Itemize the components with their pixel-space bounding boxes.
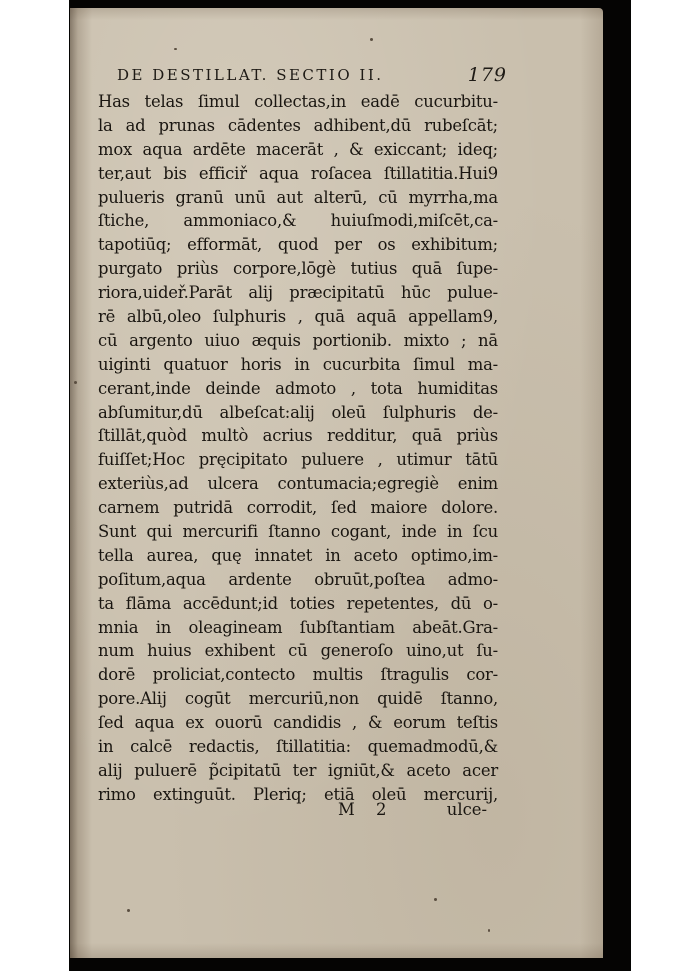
text-line: ta flāma accēdunt;id toties repetentes, … [98,592,498,616]
text-line: fuiſſet;Hoc pręcipitato puluere , utimur… [98,448,498,472]
text-line: ſed aqua ex ouorū candidis , & eorum teſ… [98,711,498,735]
text-line: purgato priùs corpore,lōgè tutius quā ſu… [98,257,498,281]
text-line: dorē proliciat,contecto multis ſtragulis… [98,663,498,687]
body-text: Has telas ſimul collectas,in eadē cucurb… [98,90,498,807]
running-title: DE DESTILLAT. SECTIO II. [117,66,384,84]
text-line: mnia in oleagineam ſubſtantiam abeāt.Gra… [98,616,498,640]
text-line: exteriùs,ad ulcera contumacia;egregiè en… [98,472,498,496]
text-line: tapotiūq; efformāt, quod per os exhibitu… [98,233,498,257]
paper-speck [370,38,373,41]
text-line: riora,uideř.Parāt alij præcipitatū hūc p… [98,281,498,305]
text-line: ſtillāt,quòd multò acrius redditur, quā … [98,424,498,448]
text-line: abſumitur,dū albeſcat:alij oleū ſulphuri… [98,401,498,425]
paper-speck [488,929,490,932]
text-line: alij puluerē p̃cipitatū ter igniūt,& ace… [98,759,498,783]
text-line: poſitum,aqua ardente obruūt,poſtea admo- [98,568,498,592]
signature-mark: M 2 [338,800,394,819]
text-line: pulueris granū unū aut alterū, cū myrrha… [98,186,498,210]
text-line: la ad prunas cādentes adhibent,dū rubeſc… [98,114,498,138]
text-line: num huius exhibent cū generoſo uino,ut ſ… [98,639,498,663]
paper-speck [174,48,177,50]
text-line: mox aqua ardēte macerāt , & exiccant; id… [98,138,498,162]
text-line: carnem putridā corrodit, ſed maiore dolo… [98,496,498,520]
page-number: 179 [468,64,507,86]
page-header: DE DESTILLAT. SECTIO II. 179 [117,64,507,90]
text-line: Sunt qui mercurifi ſtanno cogant, inde i… [98,520,498,544]
paper-speck [74,381,77,384]
text-line: Has telas ſimul collectas,in eadē cucurb… [98,90,498,114]
text-line: pore.Alij cogūt mercuriū,non quidē ſtann… [98,687,498,711]
text-line: uiginti quatuor horis in cucurbita ſimul… [98,353,498,377]
text-line: ſtiche, ammoniaco,& huiuſmodi,miſcēt,ca- [98,209,498,233]
text-line: rē albū,oleo ſulphuris , quā aquā appell… [98,305,498,329]
text-line: ter,aut bis efficiř aqua roſacea ſtillat… [98,162,498,186]
paper-speck [127,909,130,912]
page-footer: M 2 ulce- [98,800,493,824]
catchword: ulce- [447,800,487,819]
text-line: cerant,inde deinde admoto , tota humidit… [98,377,498,401]
paper-speck [434,898,437,901]
text-line: in calcē redactis, ſtillatitia: quemadmo… [98,735,498,759]
text-line: tella aurea, quę innatet in aceto optimo… [98,544,498,568]
text-line: cū argento uiuo æquis portionib. mixto ;… [98,329,498,353]
